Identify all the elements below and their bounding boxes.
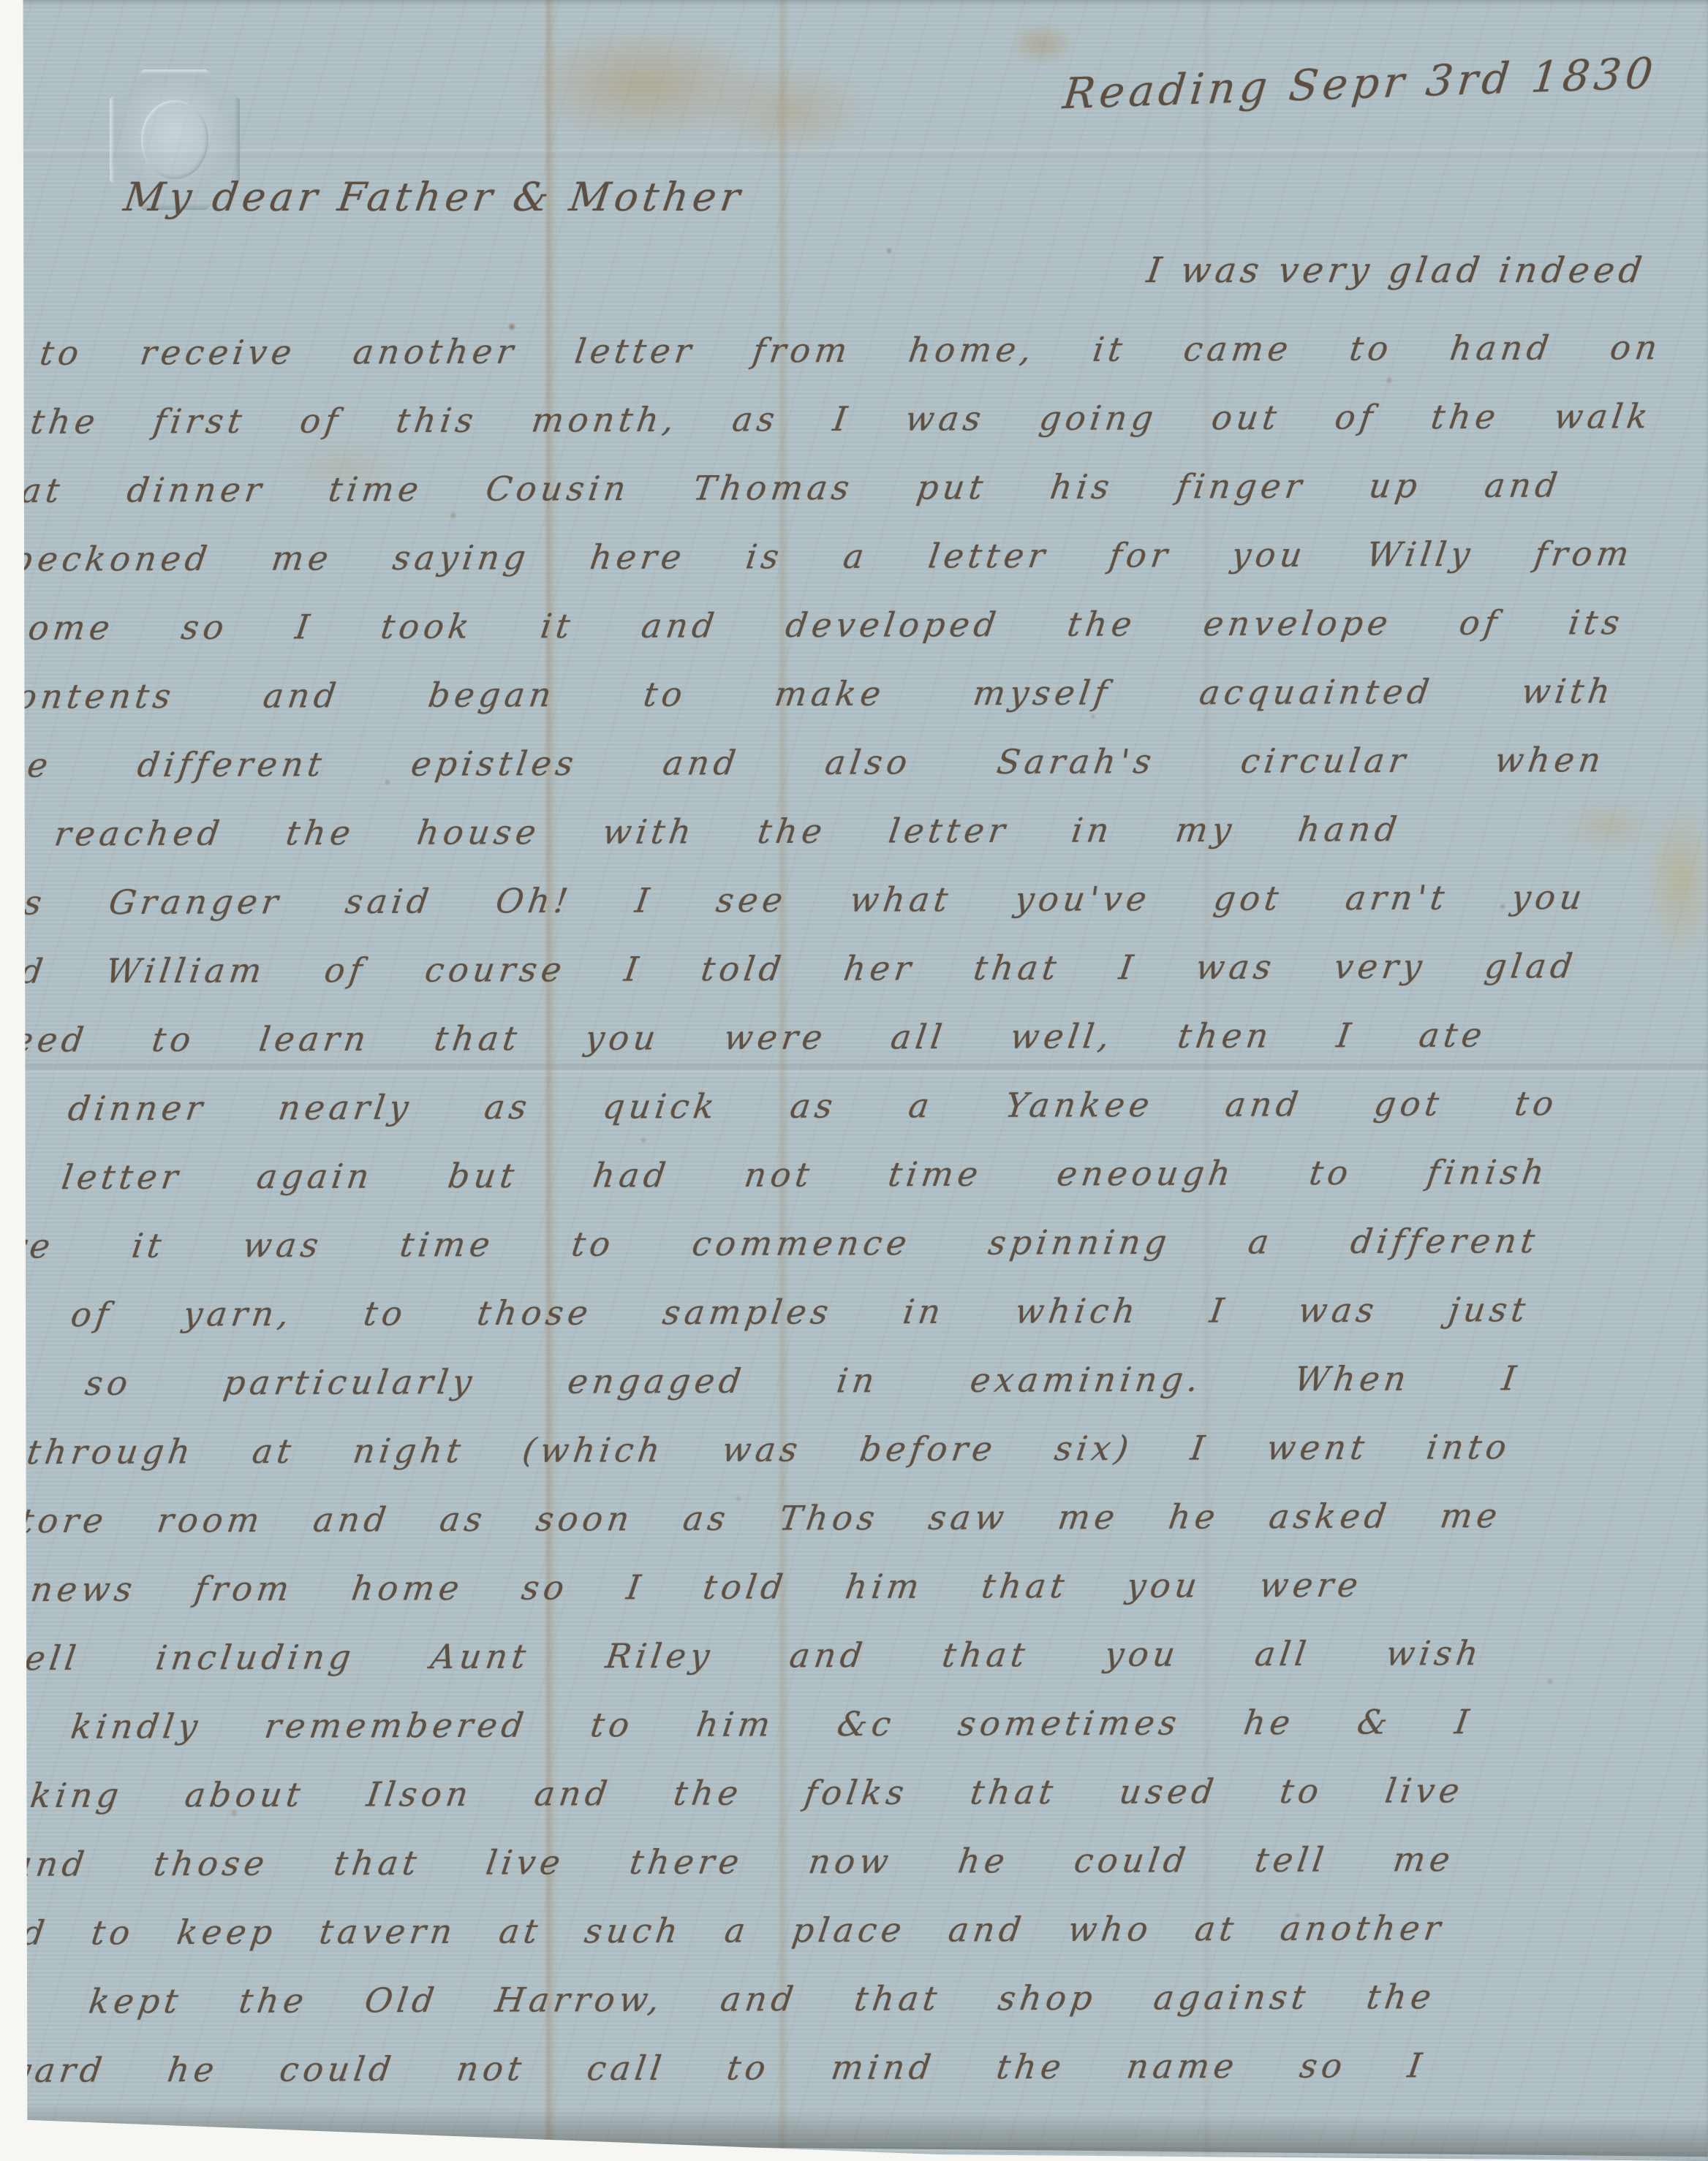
letter-line: then so particularly engaged in examinin… bbox=[0, 1344, 1524, 1418]
place-date-line: Reading Sepr 3rd 1830 bbox=[1060, 48, 1659, 119]
letter-line: my dinner nearly as quick as a Yankee an… bbox=[0, 1069, 1562, 1143]
letter-line: indeed to learn that you were all well, … bbox=[0, 1001, 1491, 1075]
letter-line: glad William of course I told her that I… bbox=[0, 931, 1582, 1006]
letter-paper: Reading Sepr 3rd 1830 My dear Father & M… bbox=[0, 0, 1708, 2161]
letter-line: beckoned me saying here is a letter for … bbox=[7, 519, 1638, 594]
scanned-letter-page: Reading Sepr 3rd 1830 My dear Father & M… bbox=[0, 0, 1708, 2161]
letter-line: I reached the house with the letter in m… bbox=[0, 795, 1405, 868]
letter-line: my letter again but had not time eneough… bbox=[0, 1138, 1553, 1212]
letter-line: to receive another letter from home, it … bbox=[36, 313, 1666, 387]
letter-line: who used to keep tavern at such a place … bbox=[0, 1893, 1449, 1968]
letter-line: the first of this month, as I was going … bbox=[26, 382, 1657, 456]
letter-line: the different epistles and also Sarah's … bbox=[0, 725, 1609, 800]
letter-line: kind of yarn, to those samples in which … bbox=[0, 1275, 1534, 1350]
letter-line: before it was time to commence spinning … bbox=[0, 1206, 1543, 1281]
letter-line: there and those that live there now he c… bbox=[0, 1825, 1459, 1899]
salutation: My dear Father & Mother bbox=[121, 174, 747, 220]
letter-line: contents and began to make myself acquai… bbox=[0, 656, 1619, 731]
opening-line: I was very glad indeed bbox=[1144, 250, 1649, 291]
letter-line: church yard he could not call to mind th… bbox=[0, 2031, 1430, 2105]
letter-line: at dinner time Cousin Thomas put his fin… bbox=[17, 451, 1566, 525]
letter-body: to receive another letter from home, it … bbox=[0, 313, 1666, 2105]
letter-line: get talking about Ilson and the folks th… bbox=[0, 1756, 1468, 1831]
letter-line: the store room and as soon as Thos saw m… bbox=[0, 1481, 1506, 1556]
paper-bottom-edge bbox=[26, 2103, 1708, 2157]
letter-line: home so I took it and developed the enve… bbox=[0, 588, 1628, 662]
letter-line: all well including Aunt Riley and that y… bbox=[0, 1619, 1487, 1693]
letter-line: Mrs Granger said Oh! I see what you've g… bbox=[0, 863, 1590, 937]
letter-line: to be kindly remembered to him &c someti… bbox=[0, 1687, 1478, 1762]
letter-line: what news from home so I told him that y… bbox=[0, 1551, 1367, 1624]
letter-line: and who kept the Old Harrow, and that sh… bbox=[0, 1962, 1440, 2037]
letter-line: was through at night (which was before s… bbox=[0, 1412, 1515, 1487]
